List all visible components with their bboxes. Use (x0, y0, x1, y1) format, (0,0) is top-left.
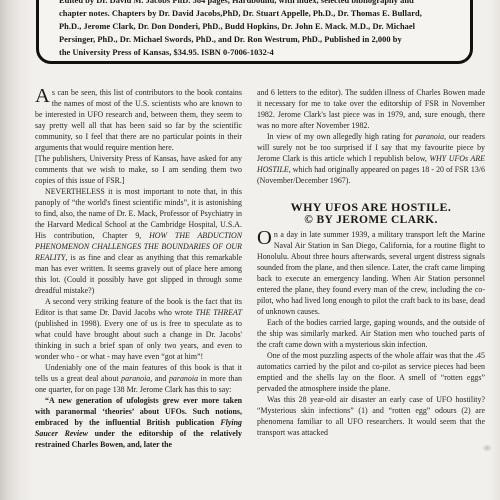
text-run: THE THREAT (195, 308, 242, 317)
scan-gutter-shadow (0, 0, 34, 500)
book-details-line: Persinger, PhD., Dr. Michael Swords, PhD… (59, 33, 454, 46)
text-run: and 6 letters to the editor). The sudden… (257, 88, 485, 130)
drop-cap: O (257, 230, 274, 246)
scan-right-edge (490, 0, 500, 500)
paragraph: [The publishers, University Press of Kan… (35, 153, 242, 186)
text-run: (published in 1998). Every one of us is … (35, 319, 242, 361)
text-run: In view of my own allegedly high rating … (267, 132, 415, 141)
text-run: , is as fine and clear as anything that … (35, 253, 242, 295)
drop-cap: A (35, 88, 52, 104)
text-run: [The publishers, University Press of Kan… (35, 154, 242, 185)
text-run: “A new generation of ufologists grew eve… (35, 396, 242, 427)
article-title: WHY UFOS ARE HOSTILE. (257, 201, 485, 214)
paragraph: Undeniably one of the main features of t… (35, 362, 242, 395)
text-run: paranoia (169, 374, 198, 383)
book-details-line: the University Press of Kansas, $34.95. … (59, 46, 454, 59)
paragraph: NEVERTHELESS it is most important to not… (35, 186, 242, 296)
paragraph: As can be seen, this list of contributor… (35, 87, 242, 153)
text-run: Each of the bodies carried large, gaping… (257, 318, 485, 349)
book-details-line: Ph.D., Jerome Clark, Dr. Don Donderi, Ph… (59, 20, 454, 33)
text-run: paranoia (415, 132, 444, 141)
book-details-line: chapter notes. Chapters by Dr. David Jac… (59, 7, 454, 20)
text-run: , and (150, 374, 169, 383)
left-column: As can be seen, this list of contributor… (35, 87, 242, 450)
text-run: Was this 28 year-old air disaster an ear… (257, 395, 485, 437)
paragraph: A second very striking feature of the bo… (35, 296, 242, 362)
right-column: and 6 letters to the editor). The sudden… (257, 87, 485, 438)
text-run: , which had originally appeared on pages… (257, 165, 485, 185)
text-run: s can be seen, this list of contributors… (35, 88, 242, 152)
paragraph: One of the most puzzling aspects of the … (257, 350, 485, 394)
paragraph: On a day in late summer 1939, a military… (257, 229, 485, 317)
text-run: paranoia (121, 374, 150, 383)
text-run: One of the most puzzling aspects of the … (257, 351, 485, 393)
paragraph: and 6 letters to the editor). The sudden… (257, 87, 485, 131)
paragraph: Was this 28 year-old air disaster an ear… (257, 394, 485, 438)
book-details-box: Edited by Dr. David M. Jacobs PhD. 384 p… (36, 0, 473, 64)
scan-smudge (482, 444, 492, 452)
book-details-line: Edited by Dr. David M. Jacobs PhD. 384 p… (59, 0, 454, 7)
scanned-page: Edited by Dr. David M. Jacobs PhD. 384 p… (0, 0, 500, 500)
article-byline: © BY JEROME CLARK. (257, 214, 485, 227)
quoted-paragraph: “A new generation of ufologists grew eve… (35, 395, 242, 450)
text-run: n a day in late summer 1939, a military … (257, 230, 485, 316)
paragraph: In view of my own allegedly high rating … (257, 131, 485, 186)
paragraph: Each of the bodies carried large, gaping… (257, 317, 485, 350)
